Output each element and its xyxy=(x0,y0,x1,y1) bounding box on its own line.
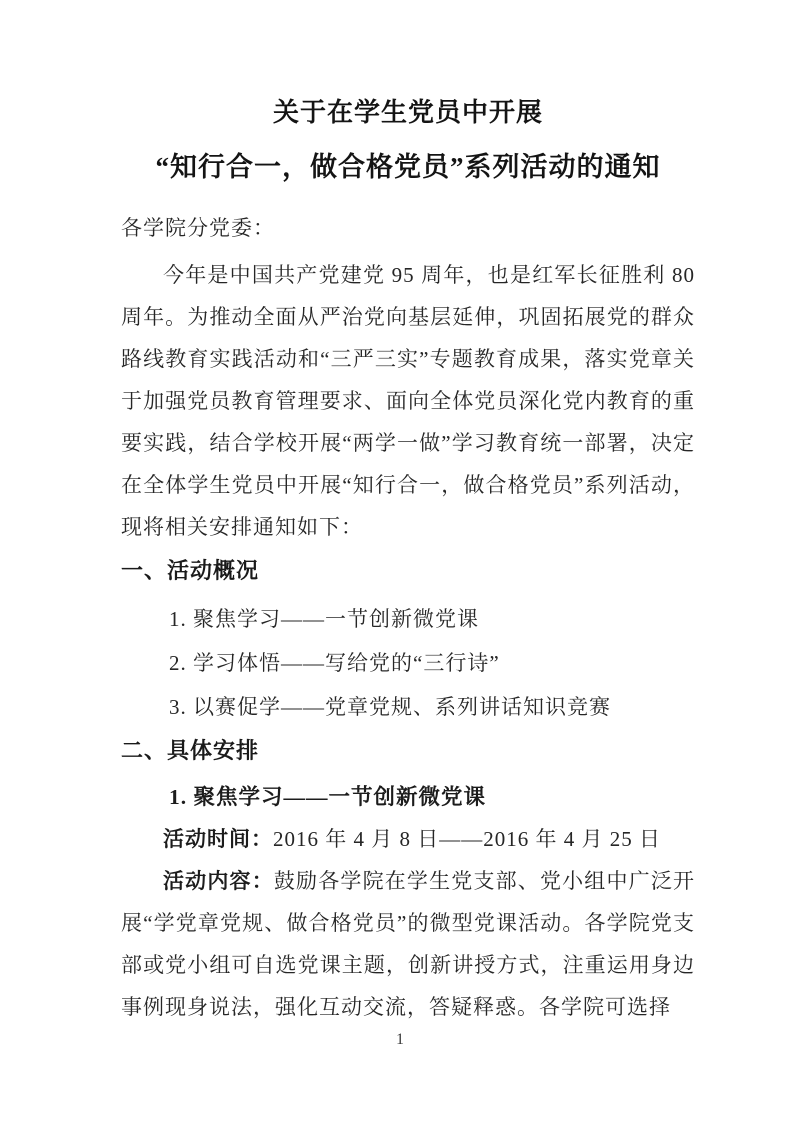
list-item: 2. 学习体悟——写给党的“三行诗” xyxy=(121,641,695,685)
sub-heading-micro-party-class: 1. 聚焦学习——一节创新微党课 xyxy=(121,776,695,818)
document-title-line1: 关于在学生党员中开展 xyxy=(121,96,695,130)
list-item: 3. 以赛促学——党章党规、系列讲话知识竞赛 xyxy=(121,685,695,729)
activity-time-value: 2016 年 4 月 8 日——2016 年 4 月 25 日 xyxy=(273,827,661,851)
activity-content-label: 活动内容： xyxy=(163,869,274,893)
document-title-line2: “知行合一，做合格党员”系列活动的通知 xyxy=(121,148,695,186)
page-number: 1 xyxy=(0,1030,800,1050)
salutation: 各学院分党委： xyxy=(121,207,695,249)
list-item: 1. 聚焦学习——一节创新微党课 xyxy=(121,597,695,641)
document-page: 关于在学生党员中开展 “知行合一，做合格党员”系列活动的通知 各学院分党委： 今… xyxy=(0,0,800,1131)
overview-list: 1. 聚焦学习——一节创新微党课 2. 学习体悟——写给党的“三行诗” 3. 以… xyxy=(121,597,695,729)
activity-time-label: 活动时间： xyxy=(163,827,273,851)
activity-time-line: 活动时间：2016 年 4 月 8 日——2016 年 4 月 25 日 xyxy=(121,818,695,860)
section-heading-overview: 一、活动概况 xyxy=(121,549,695,593)
activity-content-paragraph: 活动内容：鼓励各学院在学生党支部、党小组中广泛开展“学党章党规、做合格党员”的微… xyxy=(121,860,695,1028)
section-heading-arrangements: 二、具体安排 xyxy=(121,729,695,773)
intro-paragraph: 今年是中国共产党建党 95 周年，也是红军长征胜利 80 周年。为推动全面从严治… xyxy=(121,254,695,548)
